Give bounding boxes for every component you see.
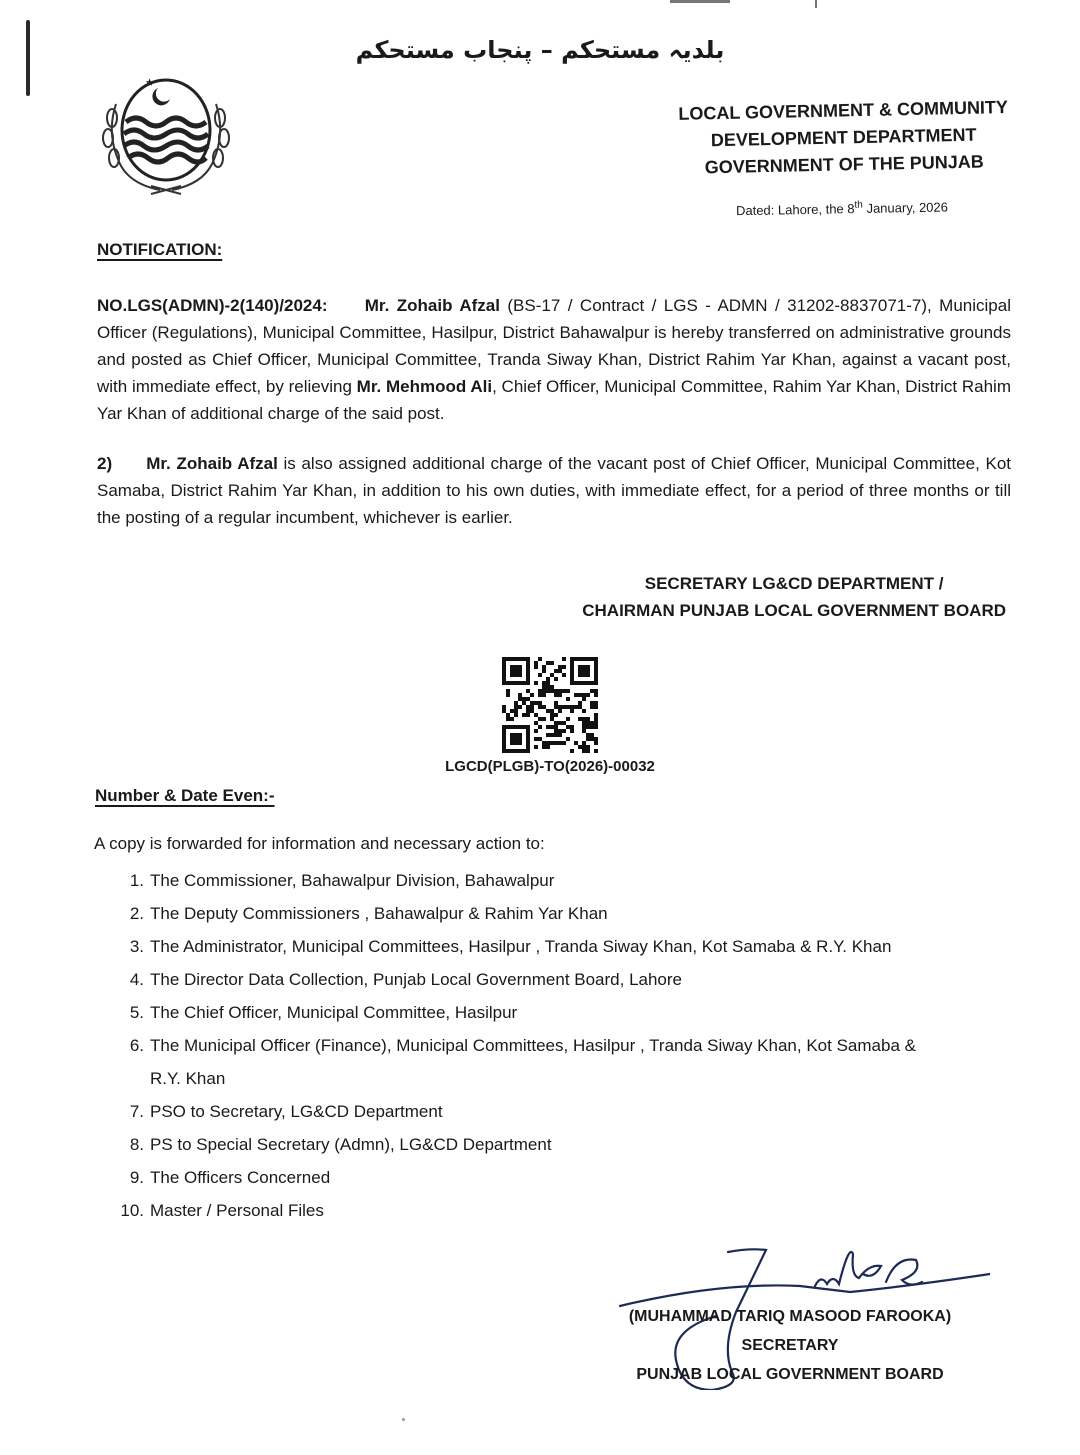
recipient-text: The Commissioner, Bahawalpur Division, B… (150, 864, 1020, 897)
recipient-item: 4.The Director Data Collection, Punjab L… (100, 963, 1020, 996)
recipient-text: The Municipal Officer (Finance), Municip… (150, 1029, 1020, 1062)
recipient-list: 1.The Commissioner, Bahawalpur Division,… (100, 864, 1020, 1227)
recipient-text: The Chief Officer, Municipal Committee, … (150, 996, 1020, 1029)
punjab-emblem-icon (96, 74, 236, 198)
signatory-title: SECRETARY (600, 1331, 980, 1360)
urdu-slogan: بلدیہ مستحکم – پنجاب مستحکم (0, 36, 1080, 64)
recipient-number: 10. (100, 1194, 150, 1227)
notification-paragraph-1: NO.LGS(ADMN)-2(140)/2024: Mr. Zohaib Afz… (97, 292, 1011, 427)
copy-intro: A copy is forwarded for information and … (94, 834, 545, 854)
relieved-officer-name: Mr. Mehmood Ali (357, 377, 492, 396)
recipient-item: 7.PSO to Secretary, LG&CD Department (100, 1095, 1020, 1128)
copy-heading: Number & Date Even:- (95, 786, 274, 806)
recipient-number: 2. (100, 897, 150, 930)
recipient-text: PSO to Secretary, LG&CD Department (150, 1095, 1020, 1128)
signatory-organization: PUNJAB LOCAL GOVERNMENT BOARD (600, 1360, 980, 1389)
department-header: LOCAL GOVERNMENT & COMMUNITY DEVELOPMENT… (678, 94, 1009, 182)
scan-artifact (670, 0, 730, 3)
notification-paragraph-2: 2) Mr. Zohaib Afzal is also assigned add… (97, 450, 1011, 531)
recipient-number: 3. (100, 930, 150, 963)
recipient-text: The Deputy Commissioners , Bahawalpur & … (150, 897, 1020, 930)
dated-line: Dated: Lahore, the 8th January, 2026 (736, 198, 948, 218)
recipient-number: 9. (100, 1161, 150, 1194)
recipient-text: The Administrator, Municipal Committees,… (150, 930, 1020, 963)
recipient-item: 10.Master / Personal Files (100, 1194, 1020, 1227)
recipient-text: The Director Data Collection, Punjab Loc… (150, 963, 1020, 996)
recipient-number: 1. (100, 864, 150, 897)
recipient-item: R.Y. Khan (100, 1062, 1020, 1095)
signatory-name: (MUHAMMAD TARIQ MASOOD FAROOKA) (600, 1302, 980, 1331)
reference-code: LGCD(PLGB)-TO(2026)-00032 (410, 758, 690, 775)
department-line: GOVERNMENT OF THE PUNJAB (680, 148, 1010, 182)
scan-speck (402, 1418, 405, 1421)
notification-heading: NOTIFICATION: (97, 240, 222, 260)
recipient-item: 6.The Municipal Officer (Finance), Munic… (100, 1029, 1020, 1062)
qr-code-icon (502, 657, 598, 753)
officer-name: Mr. Zohaib Afzal (365, 296, 500, 315)
recipient-number: 8. (100, 1128, 150, 1161)
recipient-number: 7. (100, 1095, 150, 1128)
recipient-item: 3.The Administrator, Municipal Committee… (100, 930, 1020, 963)
recipient-number: 5. (100, 996, 150, 1029)
recipient-number (100, 1062, 150, 1095)
scan-artifact (815, 0, 817, 8)
recipient-item: 1.The Commissioner, Bahawalpur Division,… (100, 864, 1020, 897)
recipient-item: 8.PS to Special Secretary (Admn), LG&CD … (100, 1128, 1020, 1161)
recipient-number: 4. (100, 963, 150, 996)
issuing-authority: SECRETARY LG&CD DEPARTMENT / CHAIRMAN PU… (582, 570, 1006, 624)
recipient-text: The Officers Concerned (150, 1161, 1020, 1194)
recipient-item: 9.The Officers Concerned (100, 1161, 1020, 1194)
signatory-block: (MUHAMMAD TARIQ MASOOD FAROOKA) SECRETAR… (600, 1302, 980, 1389)
recipient-text: Master / Personal Files (150, 1194, 1020, 1227)
notification-number: NO.LGS(ADMN)-2(140)/2024: (97, 296, 328, 315)
recipient-text: R.Y. Khan (150, 1062, 1020, 1095)
recipient-item: 2.The Deputy Commissioners , Bahawalpur … (100, 897, 1020, 930)
officer-name: Mr. Zohaib Afzal (146, 454, 278, 473)
recipient-text: PS to Special Secretary (Admn), LG&CD De… (150, 1128, 1020, 1161)
recipient-item: 5.The Chief Officer, Municipal Committee… (100, 996, 1020, 1029)
recipient-number: 6. (100, 1029, 150, 1062)
